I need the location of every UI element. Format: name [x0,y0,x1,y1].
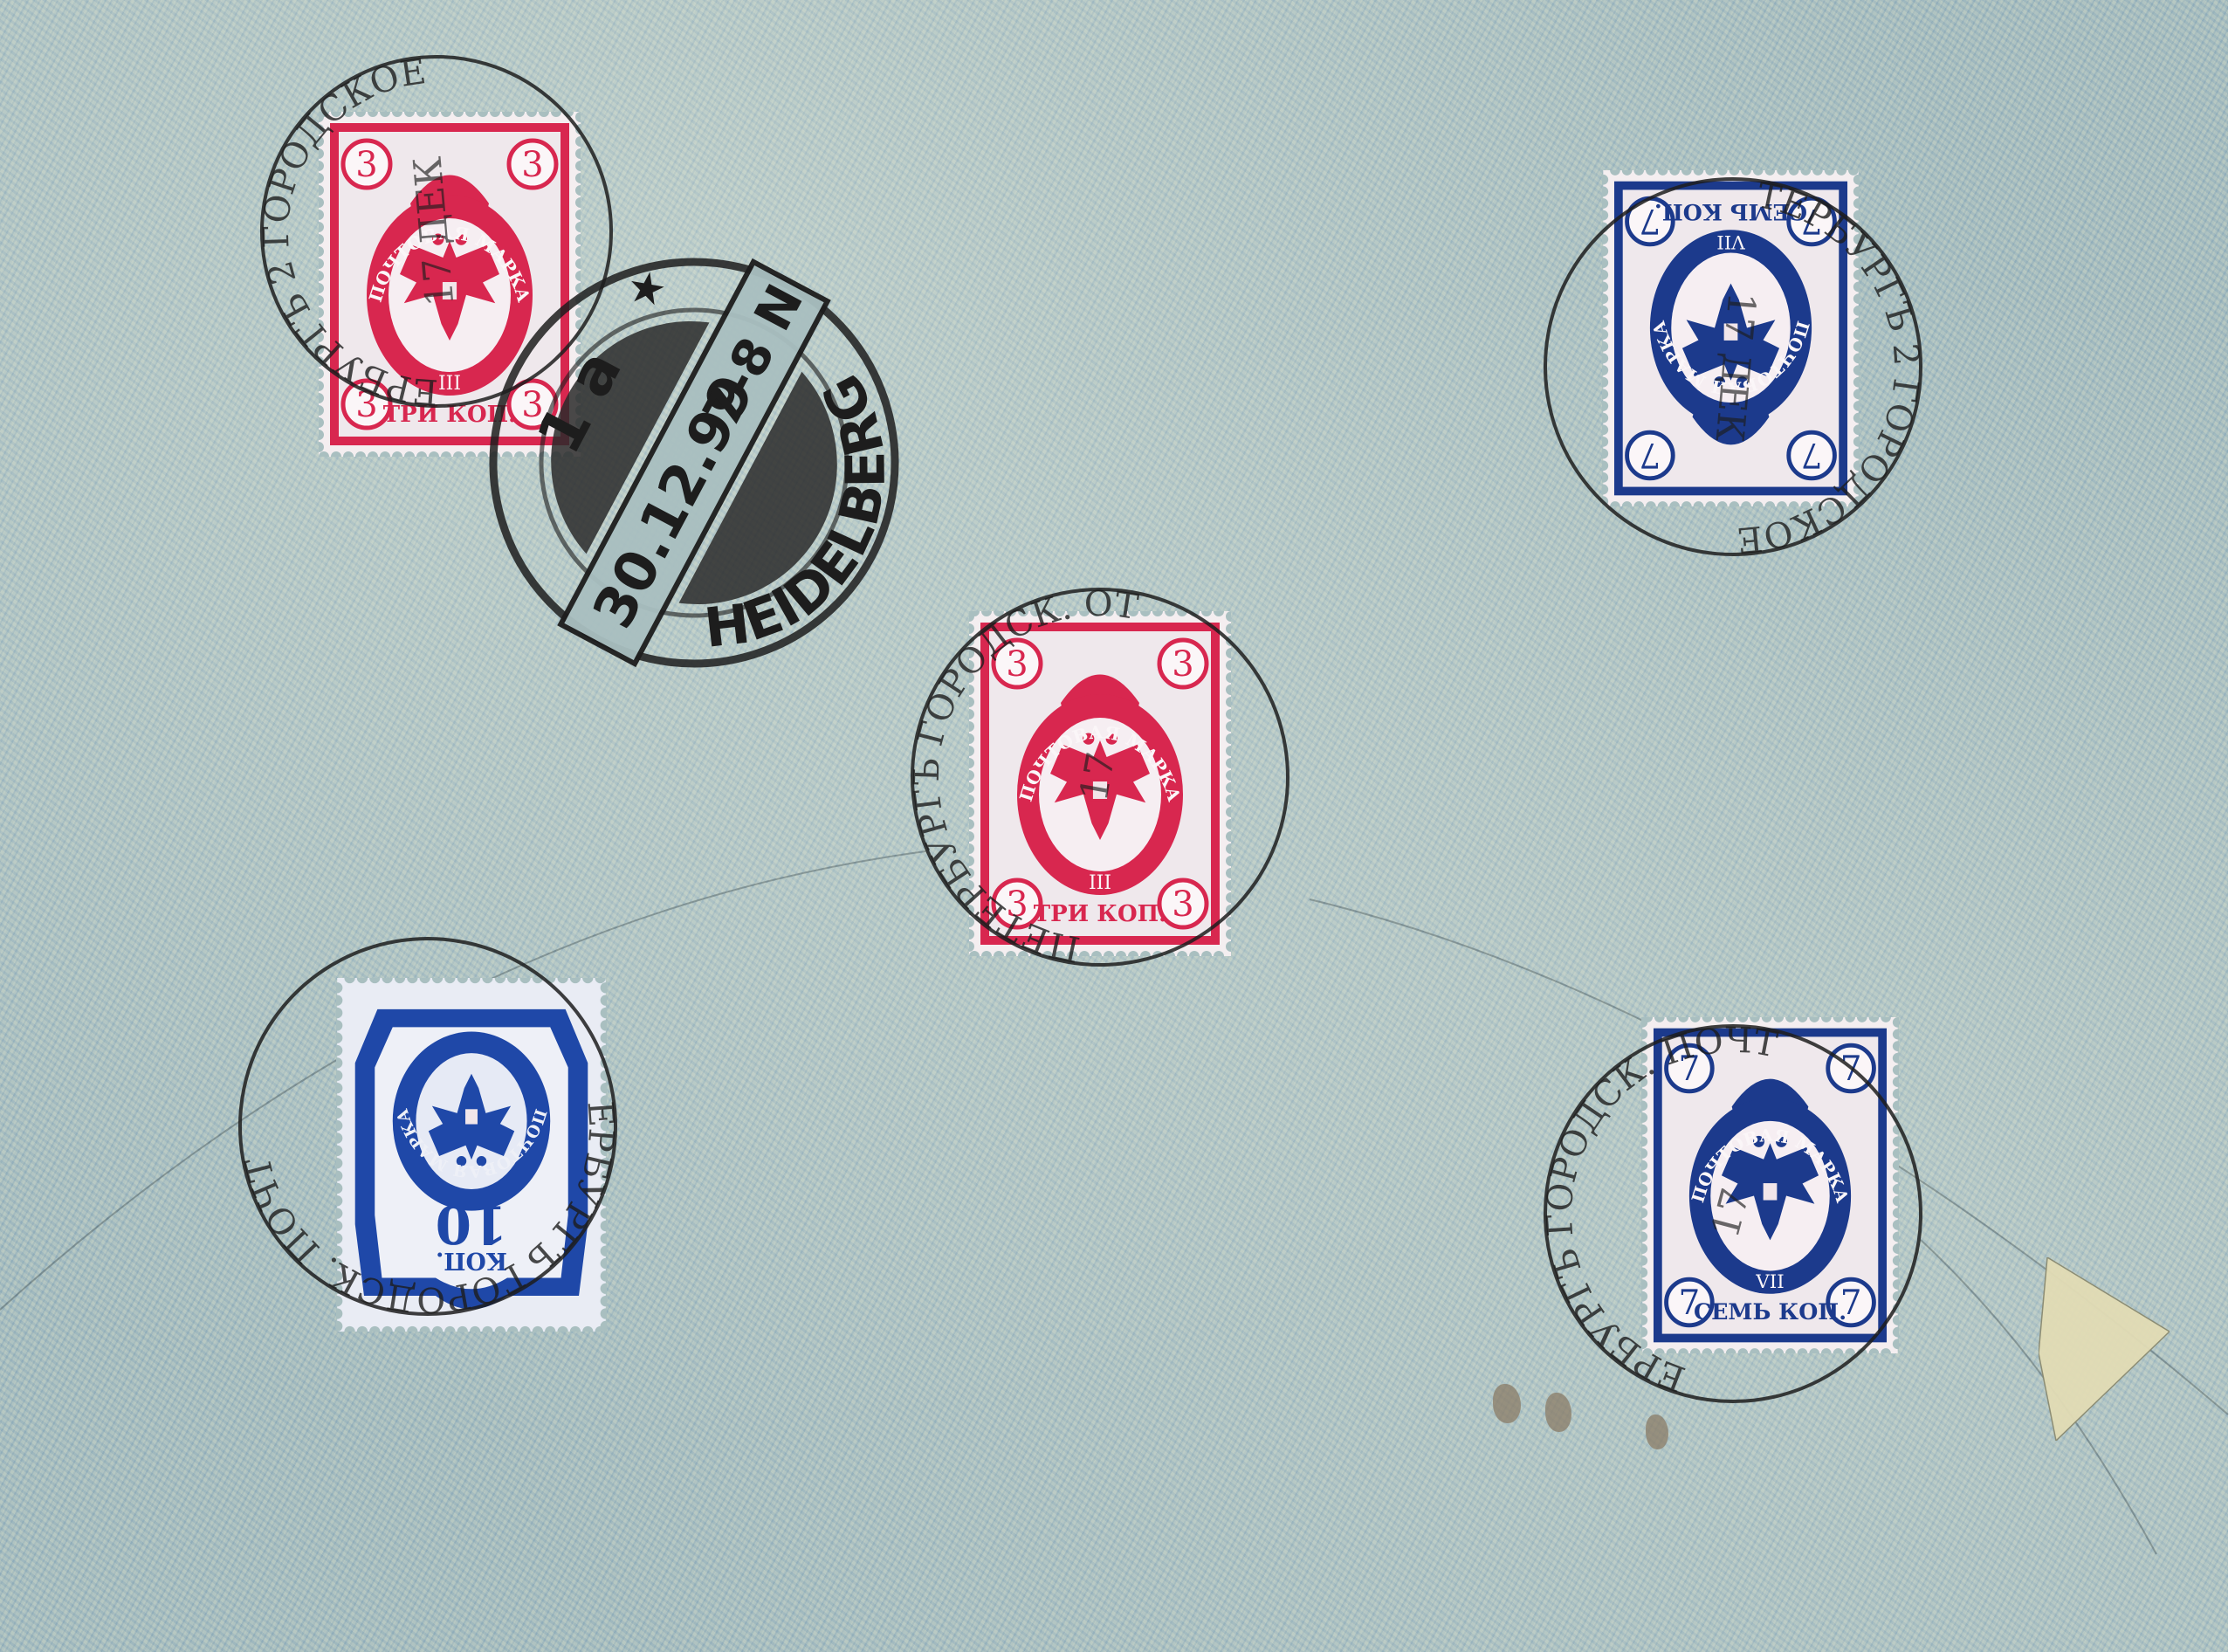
svg-text:17: 17 [1703,1184,1759,1242]
russian-postmark-top-right: С.ПЕТЕРБУРГЪ 2 ГОРОДСКОЕ ОТД.17 ДЕК [1530,158,1943,575]
svg-text:17 ДЕК: 17 ДЕК [1707,290,1764,444]
heidelberg-star: ★ [615,259,677,318]
svg-text:17 ДЕК: 17 ДЕК [406,155,464,308]
russian-postmark-bottom-right: С.ПЕТЕРБУРГЪ ГОРОДСК. ПОЧТ. ОТД.17 [1496,977,1964,1449]
russian-postmark-bottom-left: С.ПЕТЕРБУРГЪ ГОРОДСК. ПОЧТ. ОТД. [205,908,652,1350]
smudge-mark [1646,1415,1668,1449]
postmarks-layer: С.ПЕТЕРБУРГЪ 2 ГОРОДСКОЕ ОТД.17 ДЕК С.ПЕ… [0,0,2235,1652]
smudge-mark [1493,1384,1521,1423]
svg-text:17: 17 [1072,749,1124,805]
russian-postmark-center: С.ПЕТЕРБУРГЪ ГОРОДСК. ОТД.17 [877,554,1319,1001]
svg-text:С.ПЕТЕРБУРГЪ ГОРОДСК. ПОЧТ. ОТ: С.ПЕТЕРБУРГЪ ГОРОДСК. ПОЧТ. ОТД. [1496,977,1791,1402]
hinge-remnant [2039,1257,2170,1441]
svg-text:С.ПЕТЕРБУРГЪ ГОРОДСК. ПОЧТ. ОТ: С.ПЕТЕРБУРГЪ ГОРОДСК. ПОЧТ. ОТД. [236,1084,651,1350]
heidelberg-postmark: 30.12.99 7-8 N 1 a ★ HEIDELBERG [421,188,973,741]
